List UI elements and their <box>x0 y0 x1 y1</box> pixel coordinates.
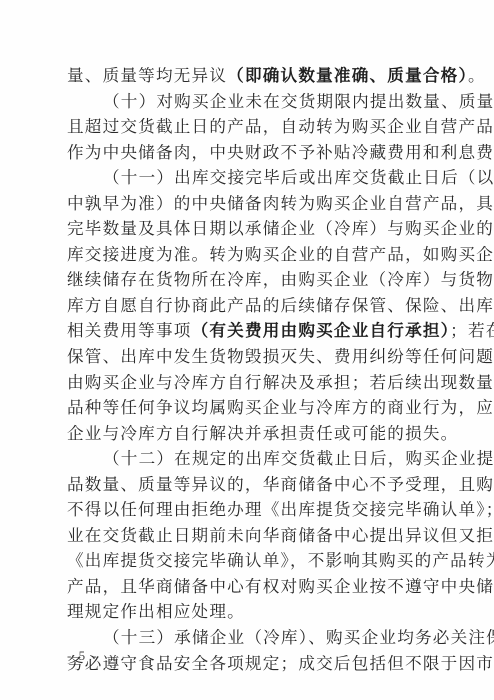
text-line: 作为中央储备肉，中央财政不予补贴冷藏费用和利息费用。 <box>67 140 429 166</box>
text-line: 保管、出库中发生货物毁损灭失、费用纠纷等任何问题和风险， <box>67 344 429 370</box>
text-line: 量、质量等均无异议（即确认数量准确、质量合格）。 <box>67 63 429 89</box>
clause-10-heading-line: （十）对购买企业未在交货期限内提出数量、质量等异议 <box>67 89 429 115</box>
text-line: 业在交货截止日期前未向华商储备中心提出异议但又拒绝办理 <box>67 523 429 549</box>
document-page: 量、质量等均无异议（即确认数量准确、质量合格）。 （十）对购买企业未在交货期限内… <box>0 0 494 700</box>
clause-13-heading-line: （十三）承储企业（冷库）、购买企业均务必关注保质期， <box>67 625 429 651</box>
text-line: 完毕数量及具体日期以承储企业（冷库）与购买企业的实际出 <box>67 216 429 242</box>
text-line: 库方自愿自行协商此产品的后续储存保管、保险、出库提货及 <box>67 293 429 319</box>
page-number: - 5 - <box>67 648 99 664</box>
text-line: 且超过交货截止日的产品，自动转为购买企业自营产品，不再 <box>67 114 429 140</box>
text-line: 由购买企业与冷库方自行解决及承担；若后续出现数量、质量、 <box>67 370 429 396</box>
text-line: 产品，且华商储备中心有权对购买企业按不遵守中央储备肉管 <box>67 574 429 600</box>
text-line: 中孰早为准）的中央储备肉转为购买企业自营产品，具体交接 <box>67 191 429 217</box>
document-body: 量、质量等均无异议（即确认数量准确、质量合格）。 （十）对购买企业未在交货期限内… <box>67 63 429 676</box>
text-line: 《出库提货交接完毕确认单》，不影响其购买的产品转为其自营 <box>67 548 429 574</box>
clause-11-heading-line: （十一）出库交接完毕后或出库交货截止日后（以二者之 <box>67 165 429 191</box>
clause-12-heading-line: （十二）在规定的出库交货截止日后，购买企业提出对产 <box>67 446 429 472</box>
text-line: 库交接进度为准。转为购买企业的自营产品，如购买企业自愿 <box>67 242 429 268</box>
text-line: 理规定作出相应处理。 <box>67 599 429 625</box>
text-line: 品种等任何争议均属购买企业与冷库方的商业行为，应由购买 <box>67 395 429 421</box>
text-line: 继续储存在货物所在冷库，由购买企业（冷库）与货物所在冷 <box>67 267 429 293</box>
emphasized-text: （即确认数量准确、质量合格） <box>227 65 468 85</box>
text-line: 相关费用等事项（有关费用由购买企业自行承担）；若在后续 <box>67 318 429 344</box>
text-line: 不得以任何理由拒绝办理《出库提货交接完毕确认单》；购买企 <box>67 497 429 523</box>
text-line: 务必遵守食品安全各项规定；成交后包括但不限于因市场价格 <box>67 651 429 677</box>
text-line: 企业与冷库方自行解决并承担责任或可能的损失。 <box>67 421 429 447</box>
text-line: 品数量、质量等异议的，华商储备中心不予受理，且购买企业 <box>67 472 429 498</box>
emphasized-text: （有关费用由购买企业自行承担） <box>192 320 451 340</box>
